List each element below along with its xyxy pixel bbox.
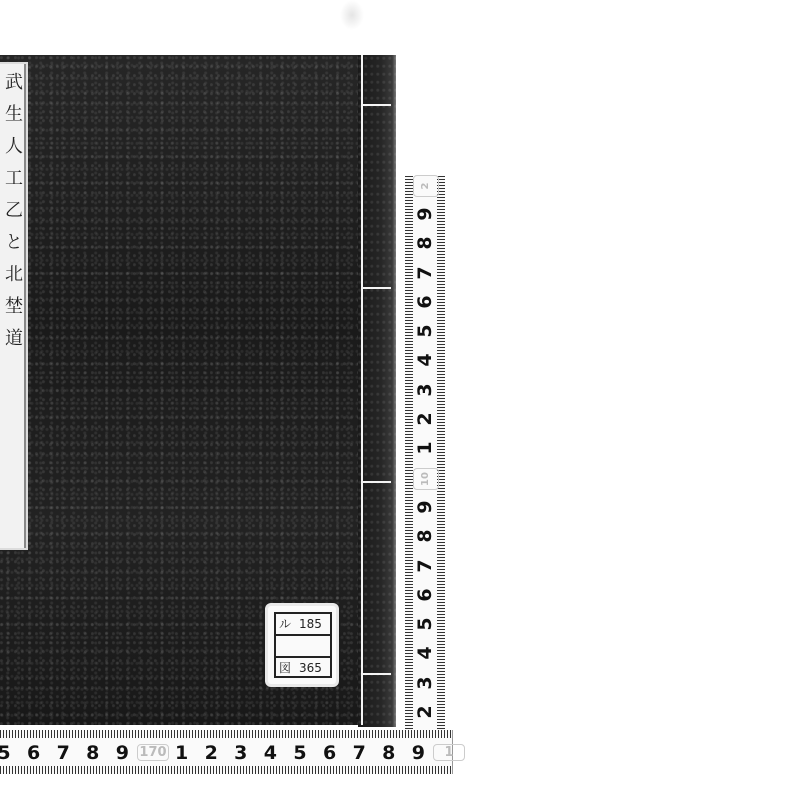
ruler-label: 7 [413,263,437,283]
ruler-label: 2 [196,742,226,764]
ruler-label: 9 [413,497,437,517]
vertical-ruler: 23456789101234567892 [405,176,445,730]
title-slip: 武生人工乙と北埜道 [0,62,28,550]
ruler-label: 8 [413,233,437,253]
call-number-row: ル185 [276,614,330,636]
ruler-label: 3 [413,380,437,400]
ruler-label: 3 [413,673,437,693]
ruler-label: 6 [413,585,437,605]
ruler-label: 6 [315,742,345,764]
binding-thread-stitch [361,287,391,289]
ruler-ticks [437,176,445,730]
call-number-value: 185 [299,614,322,634]
ruler-label: 8 [374,742,404,764]
ruler-label: 4 [255,742,285,764]
call-number-row [276,636,330,658]
ruler-label: 8 [78,742,108,764]
call-number-box: ル185図365 [274,612,332,678]
ruler-ticks [0,730,452,738]
ruler-label: 4 [413,350,437,370]
ruler-label: 3 [226,742,256,764]
binding-thread-vertical [361,55,363,725]
ruler-label: 1 [167,742,197,764]
ruler-label: 2 [413,702,437,722]
ruler-label: 7 [48,742,78,764]
ruler-label: 9 [403,742,433,764]
ruler-label: 10 [413,468,439,490]
call-number-value: 365 [299,658,322,678]
binding-thread-stitch [361,481,391,483]
call-number-label: ル185図365 [268,606,336,684]
ruler-label: 6 [19,742,49,764]
ruler-ticks [405,176,413,730]
ruler-label: 5 [0,742,19,764]
book-spine [358,55,396,727]
horizontal-ruler: 567891701234567891 [0,730,453,774]
binding-thread-stitch [361,673,391,675]
ruler-label: 9 [413,204,437,224]
ruler-label: 6 [413,292,437,312]
ruler-label: 9 [107,742,137,764]
ruler-label: 2 [413,409,437,429]
ruler-label: 170 [137,744,169,761]
ruler-label: 5 [285,742,315,764]
ruler-label: 7 [344,742,374,764]
ruler-label: 5 [413,321,437,341]
scan-smudge [340,0,364,30]
ruler-label: 4 [413,643,437,663]
ruler-ticks [0,766,452,774]
call-number-row: 図365 [276,658,330,678]
ruler-label: 1 [413,438,437,458]
call-number-mark: 図 [279,658,291,678]
ruler-label: 5 [413,614,437,634]
ruler-label: 8 [413,526,437,546]
ruler-label: 1 [433,744,465,761]
title-text: 武生人工乙と北埜道 [2,72,22,360]
ruler-label: 2 [413,175,439,197]
binding-thread-stitch [361,104,391,106]
ruler-label: 7 [413,556,437,576]
call-number-mark: ル [279,614,291,634]
